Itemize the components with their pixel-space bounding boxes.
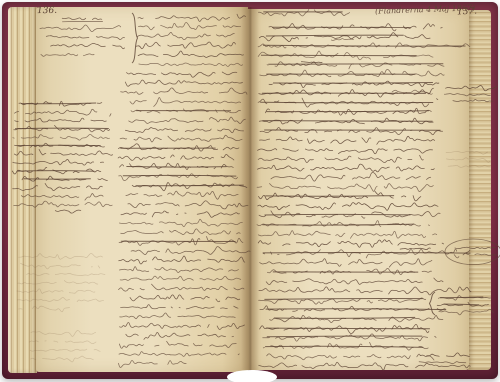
page-number-right: 137. — [457, 6, 478, 17]
page-edges-left — [8, 7, 37, 373]
page-edges-right — [468, 10, 491, 370]
book-gutter — [241, 7, 259, 370]
left-page — [36, 7, 248, 372]
page-number-left: 136. — [37, 6, 57, 16]
manuscript-photo: 136. (Flandrerna 4 Maj 1867) 137. — [0, 0, 500, 382]
right-page — [248, 9, 469, 370]
cover-gap — [227, 370, 277, 382]
